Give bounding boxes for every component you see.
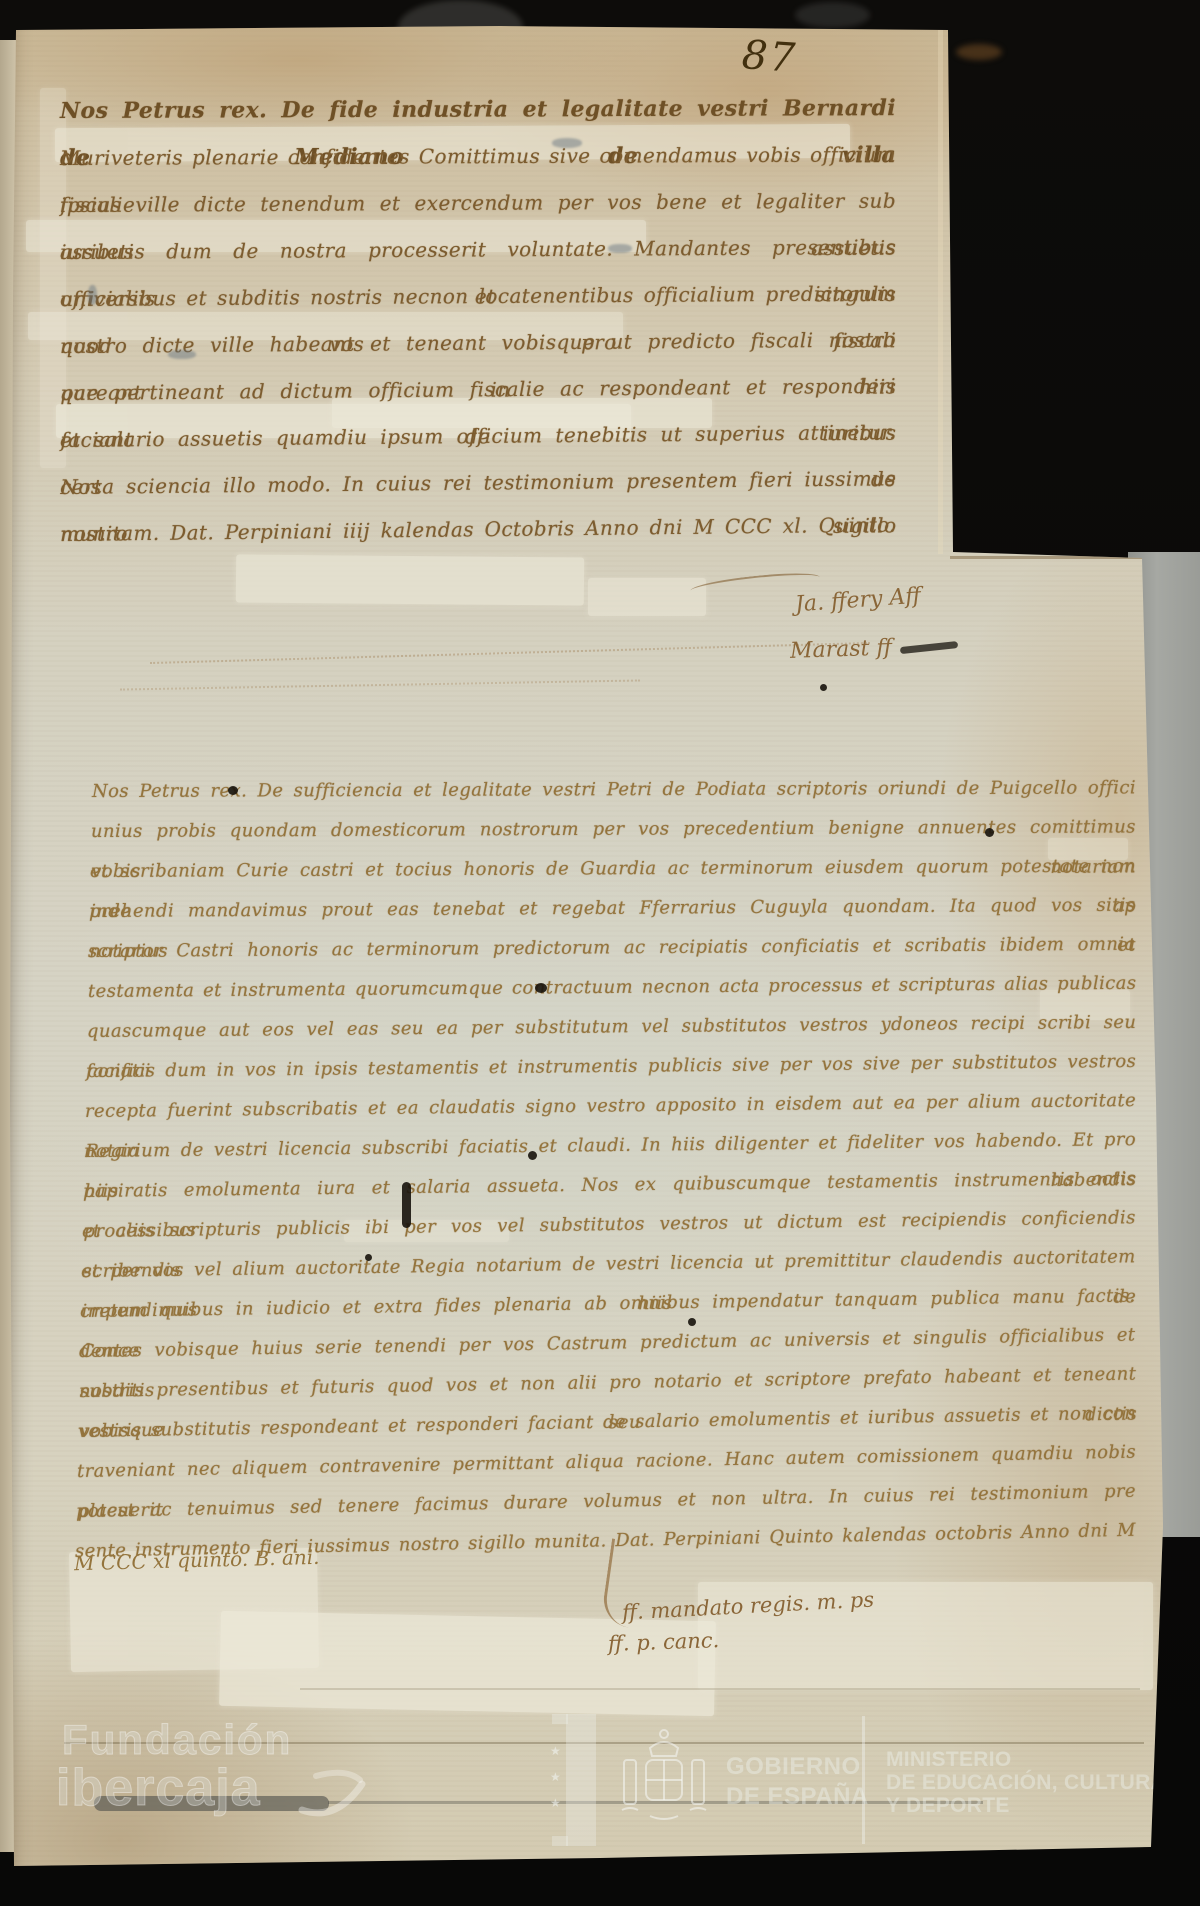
manuscript-line: munitam. Dat. Perpiniani iiij kalendas O…	[60, 502, 896, 558]
ministerio-line2: DE EDUCACIÓN, CULTURA	[886, 1771, 1166, 1794]
gray-smudge	[88, 285, 97, 305]
gobierno-line2: DE ESPAÑA	[726, 1782, 869, 1812]
ministerio-line3: Y DEPORTE	[886, 1794, 1166, 1817]
manuscript-line: Nos Petrus rex. De sufficiencia et legal…	[92, 768, 1136, 812]
ink-offset-ghost-line	[120, 679, 640, 690]
page-step-crease	[950, 556, 1145, 559]
ink-hole	[820, 684, 827, 691]
fold-crease	[300, 1688, 1140, 1690]
repair-patch	[236, 554, 584, 605]
upper-sheet-edge-highlight	[938, 30, 943, 554]
ink-streak	[402, 1182, 411, 1228]
ink-hole	[528, 1151, 537, 1160]
star-icon	[550, 1744, 561, 1758]
charter-2-text-block: Nos Petrus rex. De sufficiencia et legal…	[92, 772, 1136, 1572]
ibercaja-swoosh-icon	[298, 1766, 370, 1824]
manuscript-line: que pertineant ad dictum officium fiscal…	[60, 363, 896, 417]
ministerio-line1: MINISTERIO	[886, 1748, 1166, 1771]
repair-patch	[588, 578, 706, 616]
chancery-signature: ff. p. canc.	[608, 1628, 720, 1656]
manuscript-page: 87 Nos Petrus rex. De fide industria et …	[0, 0, 1200, 1906]
manuscript-line: unius probis quondam domesticorum nostro…	[91, 807, 1136, 852]
ink-hole	[365, 1254, 372, 1261]
manuscript-line: assuetis dum de nostra processerit volun…	[60, 224, 896, 276]
manuscript-line: Muriveteris plenarie confidentes Comitti…	[60, 131, 896, 182]
ink-offset-ghost-line	[150, 642, 870, 664]
folio-number: 87	[740, 32, 798, 82]
chancery-signature: Ja. ffery Aff	[794, 584, 921, 618]
star-icon	[550, 1770, 561, 1784]
charter-1-text-block: Nos Petrus rex. De fide industria et leg…	[60, 88, 896, 558]
spain-coat-of-arms-icon	[616, 1726, 712, 1830]
ink-hole	[985, 828, 994, 837]
gray-smudge	[168, 350, 196, 359]
ink-hole	[688, 1318, 696, 1326]
gray-smudge	[552, 138, 582, 148]
ministerio-watermark: MINISTERIO DE EDUCACIÓN, CULTURA Y DEPOR…	[886, 1748, 1166, 1817]
brown-smudge	[956, 44, 1002, 60]
logo-bar-nub	[552, 1714, 568, 1724]
top-scrawl-smudge	[795, 2, 870, 28]
manuscript-line: et scribaniam Curie castri et tocius hon…	[90, 847, 1136, 892]
ibercaja-watermark-line2: ibercaja	[56, 1758, 261, 1818]
gray-smudge	[608, 244, 632, 253]
ibercaja-watermark-line1: Fundación	[62, 1716, 292, 1764]
manuscript-line: ipsius ville dicte tenendum et exercendu…	[60, 178, 896, 229]
chancery-signature: Marast ff	[790, 633, 959, 664]
star-icon	[550, 1796, 561, 1810]
manuscript-line: Nos Petrus rex. De fide industria et leg…	[60, 85, 896, 135]
repair-patch	[219, 1611, 716, 1716]
manuscript-line: nostro dicte ville habeant et teneant vo…	[60, 316, 896, 370]
gobierno-watermark: GOBIERNO DE ESPAÑA	[726, 1752, 869, 1812]
ink-hole	[535, 983, 547, 993]
ink-hole	[228, 786, 238, 795]
gobierno-line1: GOBIERNO	[726, 1752, 869, 1782]
manuscript-line: officialibus et subditis nostris necnon …	[60, 270, 896, 323]
logo-bar-nub	[552, 1836, 568, 1846]
logo-bar	[566, 1714, 596, 1846]
photograph-of-manuscript: 87 Nos Petrus rex. De fide industria et …	[0, 0, 1200, 1906]
